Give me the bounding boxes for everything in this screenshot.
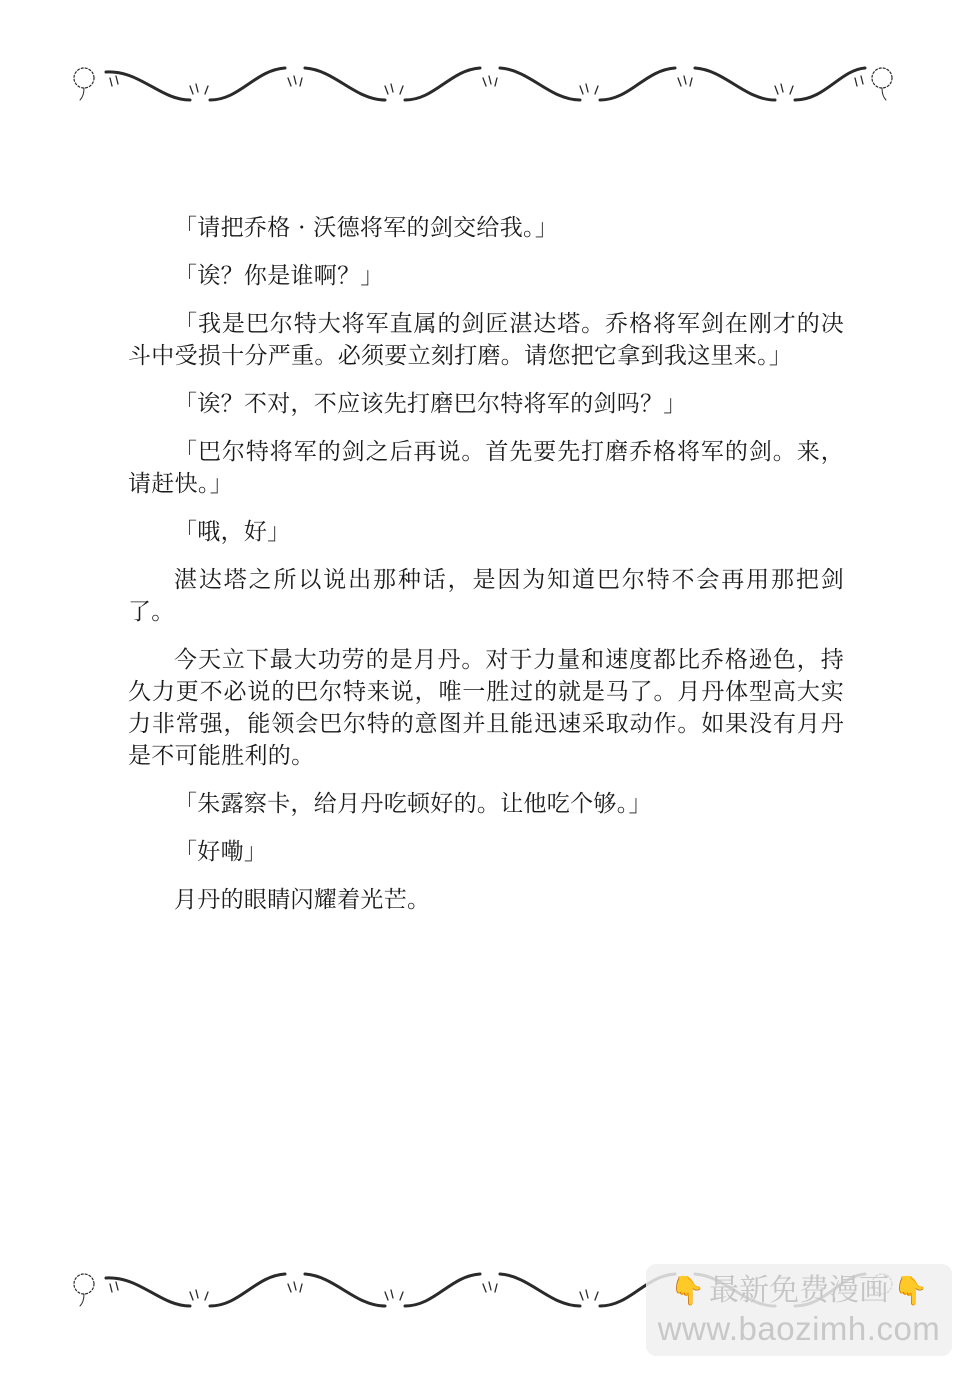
watermark-title: 最新免费漫画 [709,1272,889,1310]
top-ornament-border [70,56,900,112]
pointing-down-icon: 👇 [893,1272,928,1310]
dialogue-line: 「好嘞」 [128,836,844,868]
dialogue-line: 「朱露察卡，给月丹吃顿好的。让他吃个够。」 [128,788,844,820]
pointing-down-icon: 👇 [670,1272,705,1310]
novel-page-text: 「请把乔格 · 沃德将军的剑交给我。」 「诶？你是谁啊？」 「我是巴尔特大将军直… [128,212,844,932]
site-watermark[interactable]: 👇 最新免费漫画 👇 www.baozimh.com [646,1264,952,1356]
watermark-url-link[interactable]: www.baozimh.com [658,1310,941,1348]
dialogue-line: 「诶？不对，不应该先打磨巴尔特将军的剑吗？」 [128,388,844,420]
dialogue-line: 「我是巴尔特大将军直属的剑匠湛达塔。乔格将军剑在刚才的决斗中受损十分严重。必须要… [128,308,844,372]
watermark-title-row: 👇 最新免费漫画 👇 [670,1272,928,1310]
dialogue-line: 「哦，好」 [128,516,844,548]
dialogue-line: 「巴尔特将军的剑之后再说。首先要先打磨乔格将军的剑。来，请赶快。」 [128,436,844,500]
narration-paragraph: 月丹的眼睛闪耀着光芒。 [128,884,844,916]
wave-ornament-icon [70,56,900,112]
dialogue-line: 「诶？你是谁啊？」 [128,260,844,292]
dialogue-line: 「请把乔格 · 沃德将军的剑交给我。」 [128,212,844,244]
narration-paragraph: 湛达塔之所以说出那种话，是因为知道巴尔特不会再用那把剑了。 [128,564,844,628]
narration-paragraph: 今天立下最大功劳的是月丹。对于力量和速度都比乔格逊色，持久力更不必说的巴尔特来说… [128,644,844,772]
